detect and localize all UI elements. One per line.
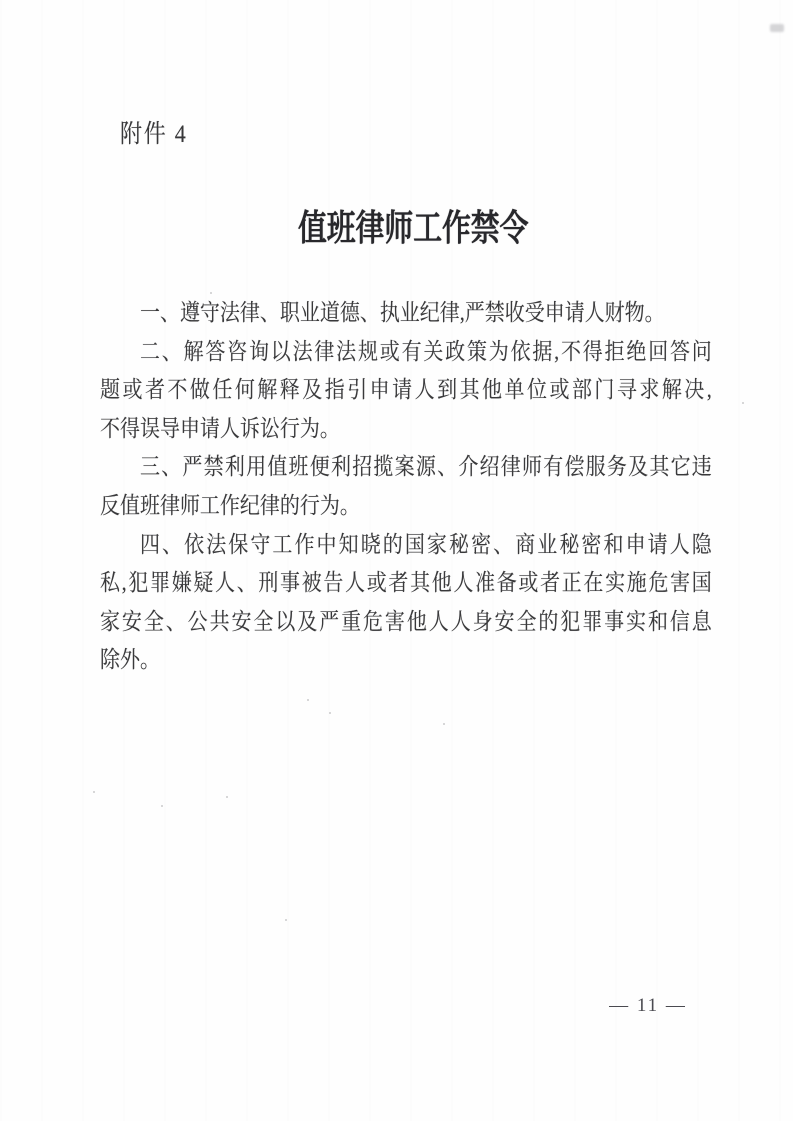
body-line: 私,犯罪嫌疑人、刑事被告人或者其他人准备或者正在实施危害国 <box>100 564 712 603</box>
scan-speck <box>210 292 212 294</box>
scan-smudge <box>770 24 784 32</box>
body-line: 反值班律师工作纪律的行为。 <box>100 487 712 526</box>
body-line: 三、严禁利用值班便利招揽案源、介绍律师有偿服务及其它违 <box>100 448 712 487</box>
scan-speck <box>329 712 331 714</box>
page-number: — 11 — <box>598 995 698 1017</box>
attachment-label: 附件 4 <box>120 114 188 150</box>
body-line: 题或者不做任何解释及指引申请人到其他单位或部门寻求解决, <box>100 371 712 410</box>
scan-speck <box>285 919 287 921</box>
body-line: 一、遵守法律、职业道德、执业纪律,严禁收受申请人财物。 <box>100 294 712 333</box>
body-line: 二、解答咨询以法律法规或有关政策为依据,不得拒绝回答问 <box>100 333 712 372</box>
scan-speck <box>443 723 445 725</box>
scan-speck <box>742 402 744 404</box>
scan-speck <box>307 699 309 701</box>
body-line: 家安全、公共安全以及严重危害他人人身安全的犯罪事实和信息 <box>100 603 712 642</box>
document-title: 值班律师工作禁令 <box>100 200 712 251</box>
body-line: 除外。 <box>100 641 712 680</box>
scan-speck <box>93 791 95 793</box>
document-body: 一、遵守法律、职业道德、执业纪律,严禁收受申请人财物。二、解答咨询以法律法规或有… <box>100 294 712 680</box>
body-line: 四、依法保守工作中知晓的国家秘密、商业秘密和申请人隐 <box>100 526 712 565</box>
body-line: 不得误导申请人诉讼行为。 <box>100 410 712 449</box>
document-page: 附件 4 值班律师工作禁令 一、遵守法律、职业道德、执业纪律,严禁收受申请人财物… <box>0 0 793 1121</box>
scan-speck <box>161 805 163 807</box>
scan-speck <box>226 796 228 798</box>
